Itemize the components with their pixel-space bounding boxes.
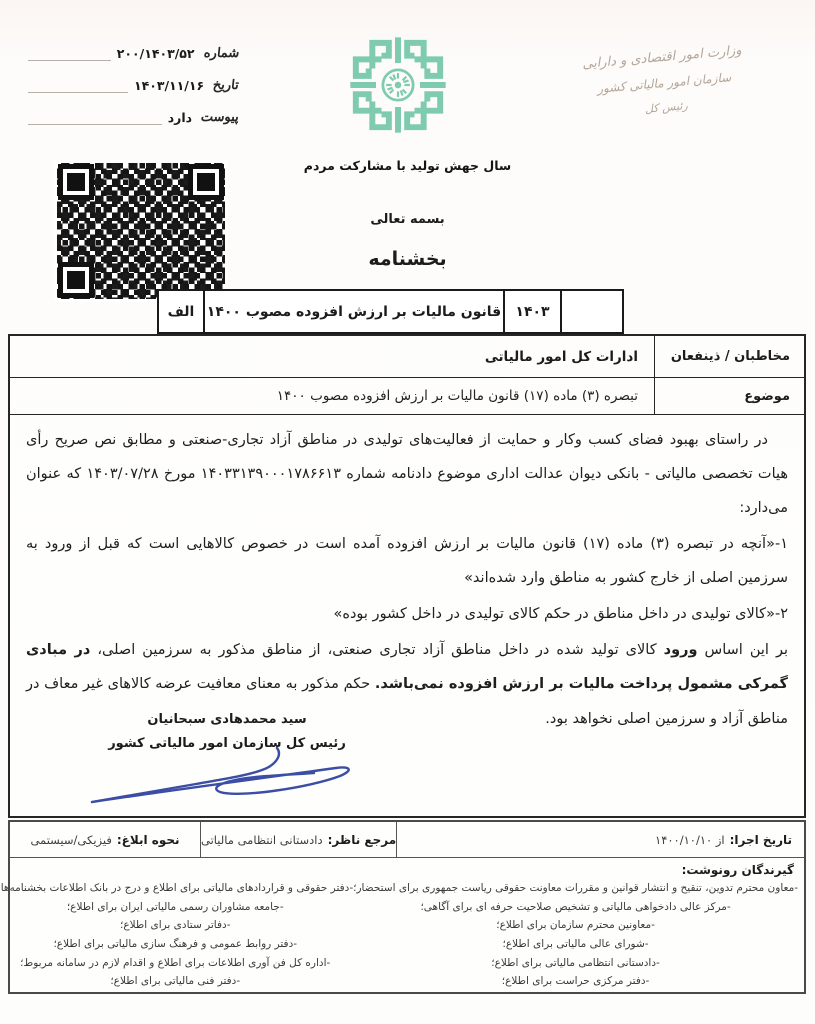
body-paragraph-1: در راستای بهبود فضای کسب وکار و حمایت از… <box>26 423 788 525</box>
recipient-item: -اداره کل فن آوری اطلاعات برای اطلاع و ا… <box>0 954 353 973</box>
p4-bold-entry: ورود <box>664 642 698 658</box>
notification-value: فیزیکی/سیستمی <box>30 833 111 847</box>
meta-number-row: شماره ۲۰۰/۱۴۰۳/۵۲ <box>28 46 238 61</box>
recipients-left-column: -دفتر حقوقی و قراردادهای مالیاتی برای اط… <box>0 879 353 991</box>
audience-label: مخاطبان / ذینفعان <box>654 336 804 377</box>
p4-text: کالای تولید شده در داخل مناطق آزاد تجاری… <box>90 642 663 658</box>
year-cell: ۱۴۰۳ <box>505 291 562 332</box>
classification-code-cell: الف <box>159 291 205 332</box>
execution-date-label: تاریخ اجرا: <box>730 833 792 847</box>
recipients-right-column: -معاون محترم تدوین، تنقیح و انتشار قوانی… <box>353 879 798 991</box>
notification-label: نحوه ابلاغ: <box>117 833 180 847</box>
recipient-item: -معاون محترم تدوین، تنقیح و انتشار قوانی… <box>353 879 798 898</box>
attachment-underline <box>28 111 162 125</box>
audience-row: مخاطبان / ذینفعان ادارات کل امور مالیاتی <box>10 336 804 378</box>
subject-label: موضوع <box>654 378 804 414</box>
signature-block: سید محمدهادی سبحانیان رئیس کل سازمان امو… <box>92 712 362 751</box>
footer-box: تاریخ اجرا: از ۱۴۰۰/۱۰/۱۰ مرجع ناظر: داد… <box>8 820 806 994</box>
authority-value: دادستانی انتظامی مالیاتی <box>201 833 323 847</box>
recipient-item: -مرکز عالی دادخواهی مالیاتی و تشخیص صلاح… <box>353 898 798 917</box>
circular-document: وزارت امور اقتصادی و دارایی سازمان امور … <box>0 0 815 1024</box>
supervisory-authority-cell: مرجع ناظر: دادستانی انتظامی مالیاتی <box>200 822 396 857</box>
recipient-item: -معاونین محترم سازمان برای اطلاع؛ <box>353 916 798 935</box>
body-paragraph-3: ۲-«کالای تولیدی در داخل مناطق در حکم کال… <box>26 597 788 631</box>
recipient-item: -دفاتر ستادی برای اطلاع؛ <box>0 916 353 935</box>
recipient-item: -شورای عالی مالیاتی برای اطلاع؛ <box>353 935 798 954</box>
recipient-item: -دفتر فنی مالیاتی برای اطلاع؛ <box>0 972 353 991</box>
recipient-item: -دادستانی انتظامی مالیاتی برای اطلاع؛ <box>353 954 798 973</box>
p4-text: بر این اساس <box>697 642 788 658</box>
law-title-cell: قانون مالیات بر ارزش افزوده مصوب ۱۴۰۰ <box>205 291 505 332</box>
logo-emblem-icon <box>341 30 455 140</box>
number-underline <box>28 47 111 61</box>
document-type-title: بخشنامه <box>0 248 815 270</box>
attachment-label: پیوست <box>199 110 239 125</box>
date-label: تاریخ <box>211 78 239 93</box>
execution-date-cell: تاریخ اجرا: از ۱۴۰۰/۱۰/۱۰ <box>396 822 804 857</box>
year-slogan: سال جهش تولید با مشارکت مردم <box>0 158 815 173</box>
circular-body: در راستای بهبود فضای کسب وکار و حمایت از… <box>10 415 804 736</box>
notification-method-cell: نحوه ابلاغ: فیزیکی/سیستمی <box>10 822 200 857</box>
number-label: شماره <box>201 46 239 61</box>
meta-attachment-row: پیوست دارد <box>28 110 238 125</box>
recipient-item: -دفتر مرکزی حراست برای اطلاع؛ <box>353 972 798 991</box>
classification-strip: الف قانون مالیات بر ارزش افزوده مصوب ۱۴۰… <box>157 289 624 334</box>
authority-label: مرجع ناظر: <box>328 833 397 847</box>
signer-name: سید محمدهادی سبحانیان <box>92 712 362 727</box>
recipient-item: -جامعه مشاوران رسمی مالیاتی ایران برای ا… <box>0 898 353 917</box>
subject-value: تبصره (۳) ماده (۱۷) قانون مالیات بر ارزش… <box>10 378 654 414</box>
footer-info-row: تاریخ اجرا: از ۱۴۰۰/۱۰/۱۰ مرجع ناظر: داد… <box>10 822 804 858</box>
copy-recipients-columns: -معاون محترم تدوین، تنقیح و انتشار قوانی… <box>10 878 804 991</box>
recipient-item: -دفتر روابط عمومی و فرهنگ سازی مالیاتی ب… <box>0 935 353 954</box>
audience-value: ادارات کل امور مالیاتی <box>10 336 654 377</box>
signer-title: رئیس کل سازمان امور مالیاتی کشور <box>92 736 362 751</box>
attachment-value: دارد <box>168 110 192 125</box>
serial-cell <box>562 291 622 332</box>
subject-row: موضوع تبصره (۳) ماده (۱۷) قانون مالیات ب… <box>10 378 804 415</box>
execution-date-value: از ۱۴۰۰/۱۰/۱۰ <box>655 833 725 847</box>
document-meta: شماره ۲۰۰/۱۴۰۳/۵۲ تاریخ ۱۴۰۳/۱۱/۱۶ پیوست… <box>28 46 238 142</box>
letterhead-calligraphy: وزارت امور اقتصادی و دارایی سازمان امور … <box>536 33 792 130</box>
date-value: ۱۴۰۳/۱۱/۱۶ <box>134 78 204 93</box>
qr-code <box>57 163 225 299</box>
meta-date-row: تاریخ ۱۴۰۳/۱۱/۱۶ <box>28 78 238 93</box>
body-paragraph-2: ۱-«آنچه در تبصره (۳) ماده (۱۷) قانون مال… <box>26 527 788 595</box>
date-underline <box>28 79 128 93</box>
copy-recipients-heading: گیرندگان رونوشت: <box>10 858 804 878</box>
tax-administration-logo <box>341 30 455 140</box>
recipient-item: -دفتر حقوقی و قراردادهای مالیاتی برای اط… <box>0 879 353 898</box>
number-value: ۲۰۰/۱۴۰۳/۵۲ <box>117 46 195 61</box>
bismillah-heading: بسمه تعالی <box>0 212 815 227</box>
